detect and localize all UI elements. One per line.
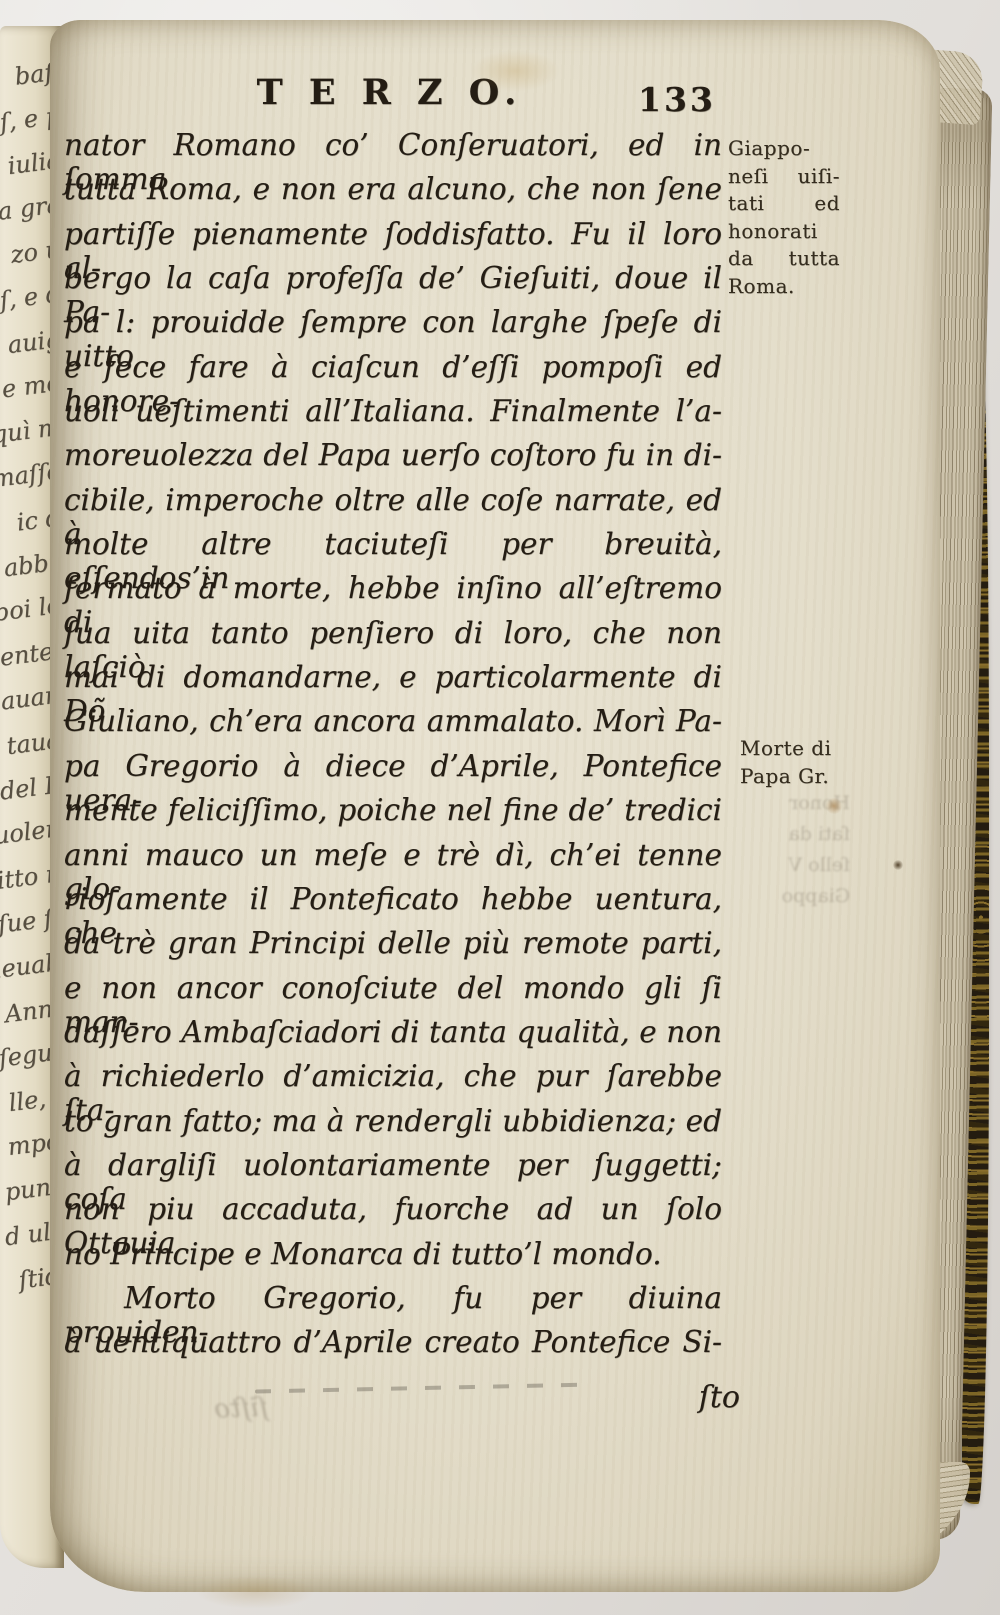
body-text-line: moreuolezza del Papa uerſo coſtoro fu in… <box>64 438 722 482</box>
body-text-line: pa Gregorio à diece d’Aprile, Pontefice … <box>64 749 722 793</box>
body-text-line: tutta Roma, e non era alcuno, che non ſe… <box>64 172 722 216</box>
margin-note-line: Papa Gr. <box>740 764 852 792</box>
margin-note-line: Giappo- <box>728 136 840 164</box>
book-page: T E R Z O. 133 nator Romano co’ Conſerua… <box>50 20 940 1592</box>
page-number: 133 <box>638 80 758 119</box>
body-text-line: anni mauco un meſe e trè dì, ch’ei tenne… <box>64 838 722 882</box>
paper-stain <box>893 860 903 870</box>
body-text-line: da trè gran Principi delle più remote pa… <box>64 926 722 970</box>
book-photograph: baſiſ, e piuliaa grazo uſ, e dauige mequ… <box>0 0 1000 1615</box>
body-text-line: molte altre taciuteſi per breuità, eſſen… <box>64 527 722 571</box>
body-text-line: fermato à morte, hebbe inſino all’eſtrem… <box>64 571 722 615</box>
body-text-line: partiſſe pienamente ſoddisfatto. Fu il l… <box>64 217 722 261</box>
body-text-line: à uentiquattro d’Aprile creato Pontefice… <box>64 1325 722 1369</box>
body-text-line: uoli ueſtimenti all’Italiana. Finalmente… <box>64 394 722 438</box>
margin-note-line: Morte di <box>740 736 852 764</box>
body-text-line: non piu accaduta, fuorche ad un ſolo Ott… <box>64 1192 722 1236</box>
body-text-line: mente feliciſſimo, poiche nel fine de’ t… <box>64 793 722 837</box>
body-text-line: pa l: prouidde ſempre con larghe ſpeſe d… <box>64 305 722 349</box>
body-text-line: no Principe e Monarca di tutto’l mondo. <box>64 1237 722 1281</box>
body-text-line: e non ancor conoſciute del mondo gli ſi … <box>64 971 722 1015</box>
body-text-line: à dargliſi uolontariamente per ſuggetti;… <box>64 1148 722 1192</box>
body-text-line: mai di domandarne, e particolarmente di … <box>64 660 722 704</box>
show-through-line: ſati da <box>732 823 850 854</box>
margin-note-line: neſi uiſi- <box>728 164 840 192</box>
margin-note-line: tati ed <box>728 191 840 219</box>
body-text-line: daſſero Ambaſciadori di tanta qualità, e… <box>64 1015 722 1059</box>
body-text-block: nator Romano co’ Conſeruatori, ed in ſom… <box>64 128 722 1370</box>
body-text-line: à richiederlo d’amicizia, che pur ſarebb… <box>64 1059 722 1103</box>
body-text-line: cibile, imperoche oltre alle coſe narrat… <box>64 483 722 527</box>
paper-stain <box>825 798 843 814</box>
show-through-text-bottom: ſiſto <box>78 1393 269 1430</box>
body-text-line: Giuliano, ch’era ancora ammalato. Morì P… <box>64 704 722 748</box>
paper-stain <box>470 50 560 92</box>
margin-note-japanese-visitors: Giappo-neſi uiſi-tati edhonoratida tutta… <box>728 136 840 302</box>
body-text-line: rioſamente il Ponteficato hebbe uentura,… <box>64 882 722 926</box>
show-through-line: ſello V <box>732 854 850 885</box>
body-text-line: Morto Gregorio, fu per diuina prouiden- <box>64 1281 722 1325</box>
margin-note-death-of-pope: Morte diPapa Gr. <box>740 736 852 791</box>
margin-note-line: Roma. <box>728 274 840 302</box>
body-text-line: e fece fare à ciaſcun d’eſſi pompoſi ed … <box>64 350 722 394</box>
body-text-line: to gran fatto; ma à rendergli ubbidienza… <box>64 1104 722 1148</box>
show-through-line: Giappo <box>732 885 850 916</box>
margin-note-line: da tutta <box>728 246 840 274</box>
body-text-line: ſua uita tanto penſiero di loro, che non… <box>64 616 722 660</box>
body-text-line: bergo la caſa profeſſa de’ Gieſuiti, dou… <box>64 261 722 305</box>
body-text-line: nator Romano co’ Conſeruatori, ed in ſom… <box>64 128 722 172</box>
paper-stain <box>195 1575 315 1609</box>
margin-note-line: honorati <box>728 219 840 247</box>
